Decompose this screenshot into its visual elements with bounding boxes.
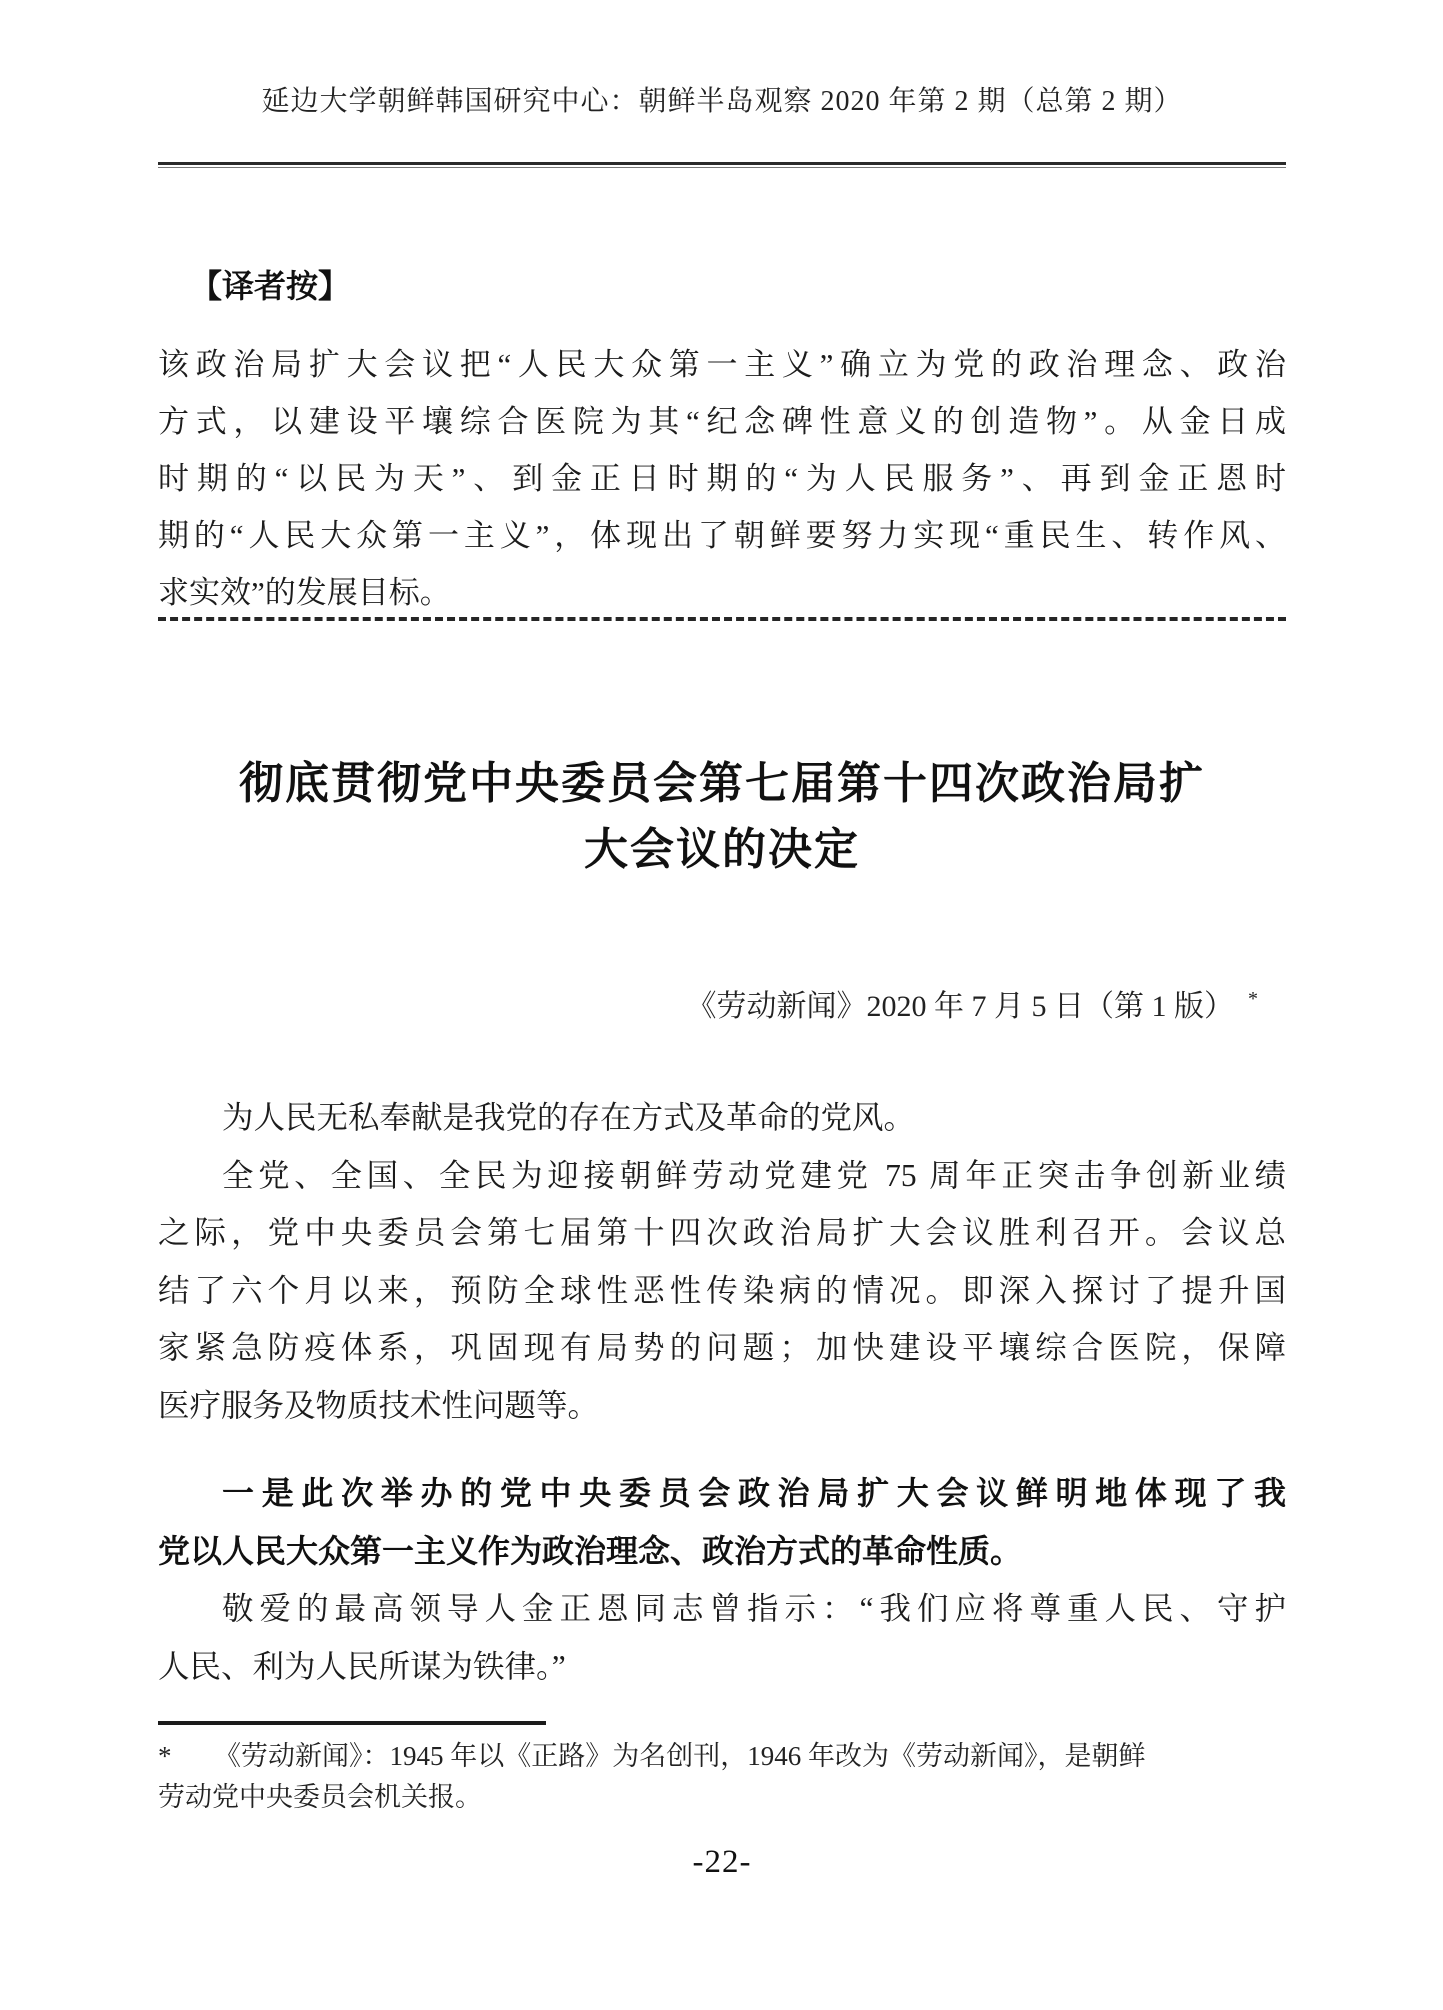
translator-note-body: 该政治局扩大会议把“人民大众第一主义”确立为党的政治理念、政治 方式，以建设平壤… — [158, 336, 1286, 621]
article-body: 为人民无私奉献是我党的存在方式及革命的党风。 全党、全国、全民为迎接朝鲜劳动党建… — [158, 1089, 1286, 1695]
article-title-line: 大会议的决定 — [158, 817, 1286, 883]
body-line-bold: 党以人民大众第一主义作为政治理念、政治方式的革命性质。 — [158, 1522, 1286, 1580]
paragraph-2: 全党、全国、全民为迎接朝鲜劳动党建党 75 周年正突击争创新业绩 之际，党中央委… — [158, 1147, 1286, 1435]
paragraph-3-emphasis: 一是此次举办的党中央委员会政治局扩大会议鲜明地体现了我 党以人民大众第一主义作为… — [158, 1464, 1286, 1580]
footnote-reference-mark: * — [1248, 988, 1258, 1010]
footnote-line: *《劳动新闻》：1945 年以《正路》为名创刊，1946 年改为《劳动新闻》，是… — [158, 1736, 1286, 1777]
body-line: 全党、全国、全民为迎接朝鲜劳动党建党 75 周年正突击争创新业绩 — [158, 1147, 1286, 1205]
paragraph-1: 为人民无私奉献是我党的存在方式及革命的党风。 — [158, 1089, 1286, 1147]
paragraph-4: 敬爱的最高领导人金正恩同志曾指示：“我们应将尊重人民、守护 人民、利为人民所谋为… — [158, 1580, 1286, 1695]
body-line: 结了六个月以来，预防全球性恶性传染病的情况。即深入探讨了提升国 — [158, 1262, 1286, 1320]
translator-note-line: 求实效”的发展目标。 — [158, 564, 1286, 621]
running-header-title: 延边大学朝鲜韩国研究中心：朝鲜半岛观察 2020 年第 2 期（总第 2 期） — [158, 82, 1286, 122]
footnote-separator-rule — [158, 1721, 546, 1725]
document-page: 延边大学朝鲜韩国研究中心：朝鲜半岛观察 2020 年第 2 期（总第 2 期） … — [0, 0, 1443, 2010]
translator-note-label: 【译者按】 — [158, 262, 1286, 310]
body-line: 为人民无私奉献是我党的存在方式及革命的党风。 — [158, 1089, 1286, 1147]
body-line: 之际，党中央委员会第七届第十四次政治局扩大会议胜利召开。会议总 — [158, 1204, 1286, 1262]
body-line: 家紧急防疫体系，巩固现有局势的问题；加快建设平壤综合医院，保障 — [158, 1319, 1286, 1377]
article-source: 《劳动新闻》2020 年 7 月 5 日（第 1 版）* — [158, 977, 1286, 1029]
translator-note-line: 期的“人民大众第一主义”，体现出了朝鲜要努力实现“重民生、转作风、 — [158, 507, 1286, 564]
footnote: *《劳动新闻》：1945 年以《正路》为名创刊，1946 年改为《劳动新闻》，是… — [158, 1736, 1286, 1818]
footnote-marker: * — [158, 1736, 214, 1777]
header-rule — [158, 162, 1286, 168]
translator-note-line: 该政治局扩大会议把“人民大众第一主义”确立为党的政治理念、政治 — [158, 336, 1286, 393]
article-source-text: 《劳动新闻》2020 年 7 月 5 日（第 1 版） — [687, 990, 1235, 1023]
translator-note-line: 时期的“以民为天”、到金正日时期的“为人民服务”、再到金正恩时 — [158, 450, 1286, 507]
article-title: 彻底贯彻党中央委员会第七届第十四次政治局扩 大会议的决定 — [158, 751, 1286, 883]
body-line: 敬爱的最高领导人金正恩同志曾指示：“我们应将尊重人民、守护 — [158, 1580, 1286, 1638]
footnote-text: 《劳动新闻》：1945 年以《正路》为名创刊，1946 年改为《劳动新闻》，是朝… — [214, 1741, 1146, 1771]
body-line: 人民、利为人民所谋为铁律。” — [158, 1638, 1286, 1696]
translator-note-line: 方式，以建设平壤综合医院为其“纪念碑性意义的创造物”。从金日成 — [158, 393, 1286, 450]
article-title-line: 彻底贯彻党中央委员会第七届第十四次政治局扩 — [158, 751, 1286, 817]
body-line-bold: 一是此次举办的党中央委员会政治局扩大会议鲜明地体现了我 — [158, 1464, 1286, 1522]
body-line: 医疗服务及物质技术性问题等。 — [158, 1377, 1286, 1435]
page-content: 延边大学朝鲜韩国研究中心：朝鲜半岛观察 2020 年第 2 期（总第 2 期） … — [158, 82, 1286, 1881]
footnote-line: 劳动党中央委员会机关报。 — [158, 1777, 1286, 1818]
page-number: -22- — [158, 1844, 1286, 1881]
